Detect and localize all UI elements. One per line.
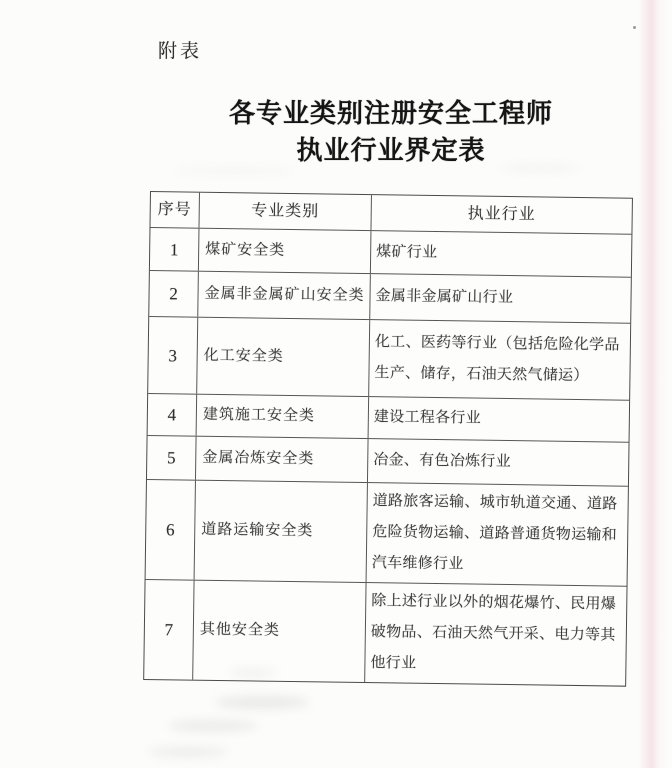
table-row: 6 道路运输安全类 道路旅客运输、城市轨道交通、道路危险货物运输、道路普通货物运… bbox=[146, 480, 628, 587]
row-number: 3 bbox=[148, 317, 198, 394]
document-title: 各专业类别注册安全工程师 执业行业界定表 bbox=[150, 95, 632, 169]
industry-cell: 冶金、有色冶炼行业 bbox=[368, 439, 629, 486]
appendix-label: 附表 bbox=[158, 36, 202, 63]
header-practice-industry: 执业行业 bbox=[371, 195, 631, 234]
row-number: 7 bbox=[144, 580, 194, 680]
category-cell: 建筑施工安全类 bbox=[197, 395, 370, 438]
industry-cell: 煤矿行业 bbox=[371, 231, 632, 277]
scan-pink-streak bbox=[638, 0, 668, 768]
scan-smudge bbox=[148, 746, 228, 758]
industry-cell: 道路旅客运输、城市轨道交通、道路危险货物运输、道路普通货物运输和汽车维修行业 bbox=[367, 483, 628, 586]
scan-smudge bbox=[215, 696, 310, 709]
industry-cell: 建设工程各行业 bbox=[369, 397, 630, 442]
scan-speck bbox=[633, 26, 636, 29]
category-cell: 其他安全类 bbox=[193, 581, 366, 682]
row-number: 4 bbox=[148, 394, 198, 436]
category-cell: 道路运输安全类 bbox=[195, 481, 368, 582]
industry-definition-table: 序号 专业类别 执业行业 1 煤矿安全类 煤矿行业 2 金属非金属矿山安全类 金… bbox=[143, 191, 633, 687]
table-row: 7 其他安全类 除上述行业以外的烟花爆竹、民用爆破物品、石油天然气开采、电力等其… bbox=[144, 580, 626, 686]
header-serial-number: 序号 bbox=[150, 192, 199, 228]
scan-smudge bbox=[168, 720, 258, 732]
table-row: 1 煤矿安全类 煤矿行业 bbox=[150, 228, 632, 278]
industry-cell: 化工、医药等行业（包括危险化学品生产、储存，石油天然气储运） bbox=[369, 320, 630, 400]
table-row: 2 金属非金属矿山安全类 金属非金属矿山行业 bbox=[149, 271, 631, 324]
scanned-document-page: 附表 各专业类别注册安全工程师 执业行业界定表 序号 专业类别 执业行业 1 煤… bbox=[0, 0, 672, 768]
row-number: 1 bbox=[150, 228, 200, 271]
table-row: 4 建筑施工安全类 建设工程各行业 bbox=[148, 394, 630, 443]
industry-cell: 除上述行业以外的烟花爆竹、民用爆破物品、石油天然气开采、电力等其他行业 bbox=[365, 583, 626, 686]
row-number: 6 bbox=[146, 480, 196, 580]
industry-cell: 金属非金属矿山行业 bbox=[370, 274, 631, 323]
category-cell: 化工安全类 bbox=[197, 318, 370, 396]
document-title-line1: 各专业类别注册安全工程师 bbox=[150, 95, 632, 132]
header-professional-category: 专业类别 bbox=[199, 193, 371, 230]
category-cell: 金属冶炼安全类 bbox=[196, 437, 369, 482]
table-row: 5 金属冶炼安全类 冶金、有色冶炼行业 bbox=[147, 436, 629, 487]
row-number: 2 bbox=[149, 271, 199, 317]
row-number: 5 bbox=[147, 436, 197, 480]
category-cell: 煤矿安全类 bbox=[199, 229, 372, 273]
document-title-line2: 执业行业界定表 bbox=[150, 132, 632, 169]
table-row: 3 化工安全类 化工、医药等行业（包括危险化学品生产、储存，石油天然气储运） bbox=[148, 317, 630, 401]
category-cell: 金属非金属矿山安全类 bbox=[198, 272, 371, 319]
